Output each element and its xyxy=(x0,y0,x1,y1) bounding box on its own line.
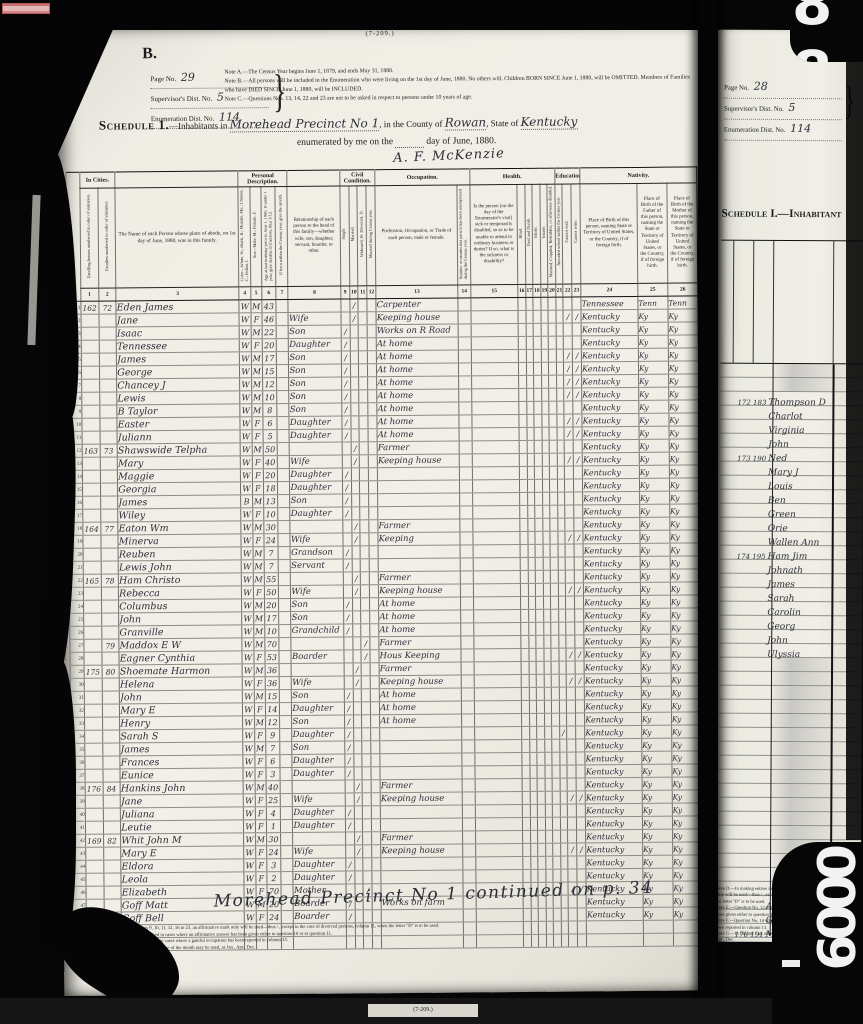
cell-wid xyxy=(361,559,370,572)
cell-mo xyxy=(280,819,293,832)
cell-ins xyxy=(545,791,553,804)
cell-cre: / xyxy=(564,362,573,375)
cell-s: F xyxy=(255,807,266,820)
cell-fb: Ky xyxy=(643,907,673,920)
strip-table-header xyxy=(721,240,863,365)
cell-fb: Ky xyxy=(642,725,672,738)
cell-dd xyxy=(530,817,538,830)
cell-s: M xyxy=(251,378,262,391)
cell-occ xyxy=(380,805,462,819)
cell-occ: At home xyxy=(379,610,461,624)
cell-dd xyxy=(529,687,537,700)
cell-dd xyxy=(527,453,535,466)
cell-ins xyxy=(542,466,550,479)
cell-bl xyxy=(519,427,527,440)
cell-cre xyxy=(566,544,575,557)
cell-s: M xyxy=(253,573,264,586)
cell-mai xyxy=(552,713,560,726)
cell-dd xyxy=(526,349,534,362)
cell-name: James xyxy=(117,352,240,366)
strip-supervisor-label: Supervisor's Dist. No. xyxy=(724,106,784,113)
cell-sgl: / xyxy=(341,364,350,377)
cell-sgl: / xyxy=(342,416,351,429)
cell-mo xyxy=(278,598,291,611)
line-number: 30 xyxy=(70,678,84,691)
cell-ins xyxy=(544,726,552,739)
cell-c: W xyxy=(241,482,252,495)
cell-occ: Farmer xyxy=(380,779,462,793)
cell-rel: Daughter xyxy=(289,429,341,442)
cell-occ: At home xyxy=(377,415,459,429)
cell-fb: Ky xyxy=(639,374,669,387)
strip-census-row xyxy=(718,770,863,785)
cell-fam xyxy=(99,379,117,392)
cell-pob: Kentucky xyxy=(586,842,643,855)
column-header-cell: Dwelling-houses numbered in order of vis… xyxy=(80,188,99,288)
cell-bl xyxy=(518,349,526,362)
strip-district-id-block: Page No. 28 Supervisor's Dist. No. 5 Enu… xyxy=(724,78,842,142)
cell-wid xyxy=(363,845,372,858)
cell-sick xyxy=(471,297,518,310)
cell-rel: Daughter xyxy=(293,819,345,832)
cell-mb: Ky xyxy=(671,699,701,712)
cell-name: Lewis John xyxy=(118,560,241,574)
cell-c: W xyxy=(242,612,253,625)
strip-census-row: 174 195Ham Jim xyxy=(720,546,863,561)
cell-fam: 84 xyxy=(103,782,121,795)
cell-cwr xyxy=(574,466,583,479)
cell-sick xyxy=(474,661,521,674)
cell-dw xyxy=(85,730,103,743)
cell-une xyxy=(462,727,475,740)
microfilm-frame: (7-209.) B. Page No. 29 Supervisor's Dis… xyxy=(0,0,863,1024)
cell-fam: 73 xyxy=(100,444,118,457)
cell-pob: Kentucky xyxy=(583,478,640,491)
film-edge-right xyxy=(846,60,863,840)
cell-name: Easter xyxy=(117,417,240,431)
cell-bl xyxy=(520,479,528,492)
cell-pob: Kentucky xyxy=(581,322,638,335)
cell-mai xyxy=(551,648,559,661)
cell-une xyxy=(460,571,473,584)
cell-bl xyxy=(521,596,529,609)
column-number: 17 xyxy=(525,284,533,297)
cell-bl xyxy=(522,765,530,778)
cell-une xyxy=(461,636,474,649)
cell-dd xyxy=(530,856,538,869)
cell-fam xyxy=(101,652,119,665)
cell-cre xyxy=(567,687,576,700)
cell-mb: Ky xyxy=(671,608,701,621)
cell-dw xyxy=(83,535,101,548)
line-number: 24 xyxy=(70,600,84,613)
cell-ins xyxy=(541,323,549,336)
cell-dw xyxy=(82,483,100,496)
cell-dw xyxy=(84,704,102,717)
strip-enumeration-value: 114 xyxy=(790,122,811,135)
cell-c: W xyxy=(244,872,255,885)
cell-cre xyxy=(566,570,575,583)
cell-sick xyxy=(475,791,522,804)
cell-pob: Kentucky xyxy=(582,413,639,426)
cell-sick xyxy=(475,843,522,856)
cell-mo xyxy=(278,585,291,598)
cell-dw xyxy=(84,639,102,652)
cell-pob: Kentucky xyxy=(584,647,641,660)
cell-sch xyxy=(559,674,567,687)
cell-a: 50 xyxy=(264,586,278,599)
cell-fb: Ky xyxy=(638,361,668,374)
cell-mdc xyxy=(368,377,377,390)
cell-cwr xyxy=(574,492,583,505)
cell-sgl: / xyxy=(343,507,352,520)
cell-dd xyxy=(529,739,537,752)
cell-a: 20 xyxy=(262,339,276,352)
cell-une xyxy=(462,701,475,714)
cell-dd xyxy=(528,583,536,596)
cell-mai xyxy=(548,297,556,310)
cell-name: Eunice xyxy=(120,768,243,782)
strip-census-row: Georg xyxy=(719,616,863,631)
cell-pob: Kentucky xyxy=(582,400,639,413)
cell-sick xyxy=(472,427,519,440)
cell-dd xyxy=(527,479,535,492)
cell-sick xyxy=(471,388,518,401)
cell-name: Jane xyxy=(116,313,239,327)
cell-sch xyxy=(556,375,564,388)
cell-mdc xyxy=(369,481,378,494)
cell-cre xyxy=(567,726,576,739)
cell-fam xyxy=(100,496,118,509)
cell-sick xyxy=(472,453,519,466)
cell-dd xyxy=(526,297,534,310)
cell-rel: Daughter xyxy=(289,416,341,429)
cell-wid xyxy=(362,676,371,689)
column-header-pob: Place of Birth of this person, naming St… xyxy=(581,217,637,250)
cell-wid xyxy=(359,416,368,429)
cell-name: James xyxy=(118,495,241,509)
cell-mai xyxy=(552,674,560,687)
cell-mo xyxy=(276,377,289,390)
cell-wid xyxy=(358,312,367,325)
cell-dw xyxy=(83,561,101,574)
cell-cwr xyxy=(576,687,585,700)
cell-wid xyxy=(364,910,373,923)
cell-sgl: / xyxy=(344,728,353,741)
cell-sick xyxy=(473,544,520,557)
cell-pob: Kentucky xyxy=(583,543,640,556)
cell-s: F xyxy=(253,586,264,599)
cell-rel: Daughter xyxy=(292,754,344,767)
column-header-cell: Families numbered in order of visitation… xyxy=(97,188,116,288)
cell-mar xyxy=(351,507,360,520)
cell-ins xyxy=(543,557,551,570)
cell-cre xyxy=(565,479,574,492)
cell-mb: Ky xyxy=(671,634,701,647)
cell-c: W xyxy=(241,534,252,547)
cell-wid xyxy=(362,767,371,780)
cell-pob: Kentucky xyxy=(586,816,643,829)
cell-idi xyxy=(538,856,546,869)
cell-idi xyxy=(535,479,543,492)
cell-une xyxy=(462,766,475,779)
cell-une xyxy=(462,740,475,753)
cell-occ: Keeping house xyxy=(376,311,458,325)
cell-a: 15 xyxy=(265,690,279,703)
cell-c: W xyxy=(240,443,251,456)
cell-dw xyxy=(82,470,100,483)
cell-s: F xyxy=(255,794,266,807)
cell-sch xyxy=(560,817,568,830)
column-header-cwr: Cannot write. xyxy=(574,220,579,243)
cell-mdc xyxy=(370,598,379,611)
column-header-cell: Color—White, W.; Black, B.; Mulatto, Mu.… xyxy=(238,187,250,287)
cell-fb: Ky xyxy=(640,556,670,569)
cell-mar xyxy=(353,689,362,702)
cell-cwr: / xyxy=(575,674,584,687)
strip-census-row xyxy=(718,826,863,841)
cell-sch xyxy=(559,661,567,674)
cell-ins xyxy=(546,856,554,869)
cell-rel: Daughter xyxy=(290,481,342,494)
cell-fb: Ky xyxy=(640,569,670,582)
cell-c: W xyxy=(241,508,252,521)
cell-dw xyxy=(86,847,104,860)
cell-a: 9 xyxy=(266,729,280,742)
cell-ins xyxy=(544,687,552,700)
cell-une xyxy=(458,324,471,337)
cell-wid xyxy=(360,481,369,494)
cell-c: W xyxy=(241,560,252,573)
cell-fam xyxy=(101,626,119,639)
cell-name: James xyxy=(120,742,243,756)
cell-mai xyxy=(549,414,557,427)
cell-wid: / xyxy=(361,637,370,650)
cell-dw xyxy=(86,873,104,886)
cell-mai xyxy=(549,427,557,440)
cell-une xyxy=(461,662,474,675)
cell-dw xyxy=(83,587,101,600)
cell-a: 3 xyxy=(266,768,280,781)
cell-une xyxy=(463,818,476,831)
strip-census-row: Ulyssia xyxy=(719,644,863,659)
cell-cwr: / xyxy=(575,648,584,661)
cell-sgl: / xyxy=(343,611,352,624)
cell-une xyxy=(460,467,473,480)
cell-dd xyxy=(528,622,536,635)
cell-idi xyxy=(536,674,544,687)
cell-mai xyxy=(553,791,561,804)
cell-wid xyxy=(362,663,371,676)
cell-dd xyxy=(528,544,536,557)
cell-pob: Kentucky xyxy=(583,491,640,504)
cell-idi xyxy=(536,596,544,609)
cell-idi xyxy=(535,518,543,531)
cell-pob: Kentucky xyxy=(585,764,642,777)
cell-name: Granville xyxy=(119,625,242,639)
cell-une xyxy=(458,311,471,324)
cell-rel: Daughter xyxy=(290,507,342,520)
cell-pob: Kentucky xyxy=(582,361,639,374)
cell-sch xyxy=(560,739,568,752)
cell-occ: Farmer xyxy=(378,571,460,585)
cell-mb: Ky xyxy=(669,491,699,504)
cell-fb: Ky xyxy=(642,803,672,816)
cell-c: W xyxy=(243,729,254,742)
cell-cre: / xyxy=(567,674,576,687)
cell-mai xyxy=(551,583,559,596)
cell-une xyxy=(460,558,473,571)
cell-mdc xyxy=(369,533,378,546)
cell-name: Henry xyxy=(120,716,243,730)
cell-fb: Ky xyxy=(639,400,669,413)
cell-une xyxy=(460,493,473,506)
cell-mdc xyxy=(368,338,377,351)
cell-c: W xyxy=(242,586,253,599)
cell-dd xyxy=(529,700,537,713)
cell-sch: / xyxy=(560,726,568,739)
cell-cre xyxy=(565,440,574,453)
cell-une xyxy=(460,506,473,519)
cell-idi xyxy=(534,349,542,362)
enumerator-signature: A. F. McKenzie xyxy=(393,146,505,166)
cell-sch xyxy=(558,596,566,609)
strip-census-row: Green xyxy=(720,504,863,519)
cell-name: Chancey J xyxy=(117,378,240,392)
column-number: 1 xyxy=(81,288,99,301)
cell-sgl xyxy=(342,455,351,468)
cell-idi xyxy=(537,687,545,700)
cell-mai xyxy=(551,635,559,648)
cell-sgl: / xyxy=(346,871,355,884)
cell-pob: Kentucky xyxy=(585,725,642,738)
column-number: 24 xyxy=(581,283,638,296)
cell-name: Shoemate Harmon xyxy=(119,664,242,678)
cell-sgl: / xyxy=(342,403,351,416)
cell-sgl: / xyxy=(343,598,352,611)
cell-bl xyxy=(522,752,530,765)
cell-fam: 79 xyxy=(101,639,119,652)
cell-wid xyxy=(361,546,370,559)
column-header-s: Sex—Male, M.; Female, F. xyxy=(253,211,258,258)
cell-sgl xyxy=(343,572,352,585)
cell-dd xyxy=(528,609,536,622)
cell-mb: Ky xyxy=(671,686,701,699)
cell-wid xyxy=(363,780,372,793)
cell-dw xyxy=(85,808,103,821)
cell-sch xyxy=(556,336,564,349)
cell-mo xyxy=(280,793,293,806)
cell-dd xyxy=(529,726,537,739)
cell-rel: Son xyxy=(292,741,344,754)
cell-c: W xyxy=(240,391,251,404)
cell-cre xyxy=(566,609,575,622)
cell-sch xyxy=(556,310,564,323)
cell-mar: / xyxy=(351,455,360,468)
cell-mb: Ky xyxy=(668,335,698,348)
cell-dw xyxy=(82,431,100,444)
cell-idi xyxy=(536,609,544,622)
cell-mdc xyxy=(372,806,381,819)
cell-mo xyxy=(280,741,293,754)
cell-s: F xyxy=(252,430,263,443)
cell-sick xyxy=(472,505,519,518)
cell-mo xyxy=(276,312,289,325)
cell-une xyxy=(460,532,473,545)
cell-sick xyxy=(473,583,520,596)
cell-rel: Daughter xyxy=(292,728,344,741)
cell-pob: Kentucky xyxy=(583,530,640,543)
cell-dd xyxy=(530,765,538,778)
strip-census-row: John xyxy=(720,434,863,449)
cell-mo xyxy=(276,299,289,312)
cell-mdc xyxy=(368,416,377,429)
cell-sgl: / xyxy=(345,754,354,767)
cell-sgl xyxy=(343,585,352,598)
cell-bl xyxy=(520,531,528,544)
cell-sick xyxy=(472,466,519,479)
cell-mai xyxy=(553,843,561,856)
cell-mdc xyxy=(373,910,382,923)
column-number: 5 xyxy=(250,287,261,300)
cell-cwr xyxy=(575,609,584,622)
column-number: 15 xyxy=(471,284,518,297)
cell-pob: Kentucky xyxy=(585,751,642,764)
cell-idi xyxy=(534,388,542,401)
cell-mb: Ky xyxy=(670,582,700,595)
cell-cwr: / xyxy=(573,388,582,401)
cell-ins xyxy=(545,830,553,843)
cell-cwr xyxy=(576,700,585,713)
cell-sch xyxy=(559,700,567,713)
cell-mb: Ky xyxy=(670,530,700,543)
cell-une xyxy=(459,428,472,441)
cell-cre xyxy=(566,635,575,648)
cell-une xyxy=(461,584,474,597)
cell-mo xyxy=(280,780,293,793)
cell-mdc xyxy=(369,494,378,507)
cell-cre xyxy=(568,804,577,817)
cell-mb: Ky xyxy=(669,478,699,491)
cell-fam xyxy=(100,535,118,548)
strip-census-row xyxy=(721,364,863,379)
strip-census-row: 173 190Ned xyxy=(720,448,863,463)
cell-sick xyxy=(475,752,522,765)
cell-une xyxy=(463,831,476,844)
column-number: 4 xyxy=(239,287,250,300)
cell-fam xyxy=(99,405,117,418)
cell-mdc xyxy=(372,871,381,884)
cell-name: Lewis xyxy=(117,391,240,405)
cell-fb: Ky xyxy=(639,426,669,439)
cell-mai xyxy=(549,349,557,362)
cell-mai xyxy=(553,804,561,817)
column-header-cell: Place of Birth of the Father of this per… xyxy=(637,183,668,283)
cell-dd xyxy=(526,310,534,323)
cell-mar xyxy=(351,481,360,494)
cell-wid xyxy=(359,377,368,390)
cell-occ: At home xyxy=(379,597,461,611)
cell-sch xyxy=(560,778,568,791)
cell-rel: Daughter xyxy=(293,858,345,871)
cell-fb: Ky xyxy=(642,790,672,803)
cell-pob: Kentucky xyxy=(584,660,641,673)
cell-s: F xyxy=(256,911,267,924)
column-group-label: Personal Description. xyxy=(238,170,287,186)
cell-mai xyxy=(551,596,559,609)
cell-mo xyxy=(276,351,289,364)
cell-mb: Ky xyxy=(670,504,700,517)
